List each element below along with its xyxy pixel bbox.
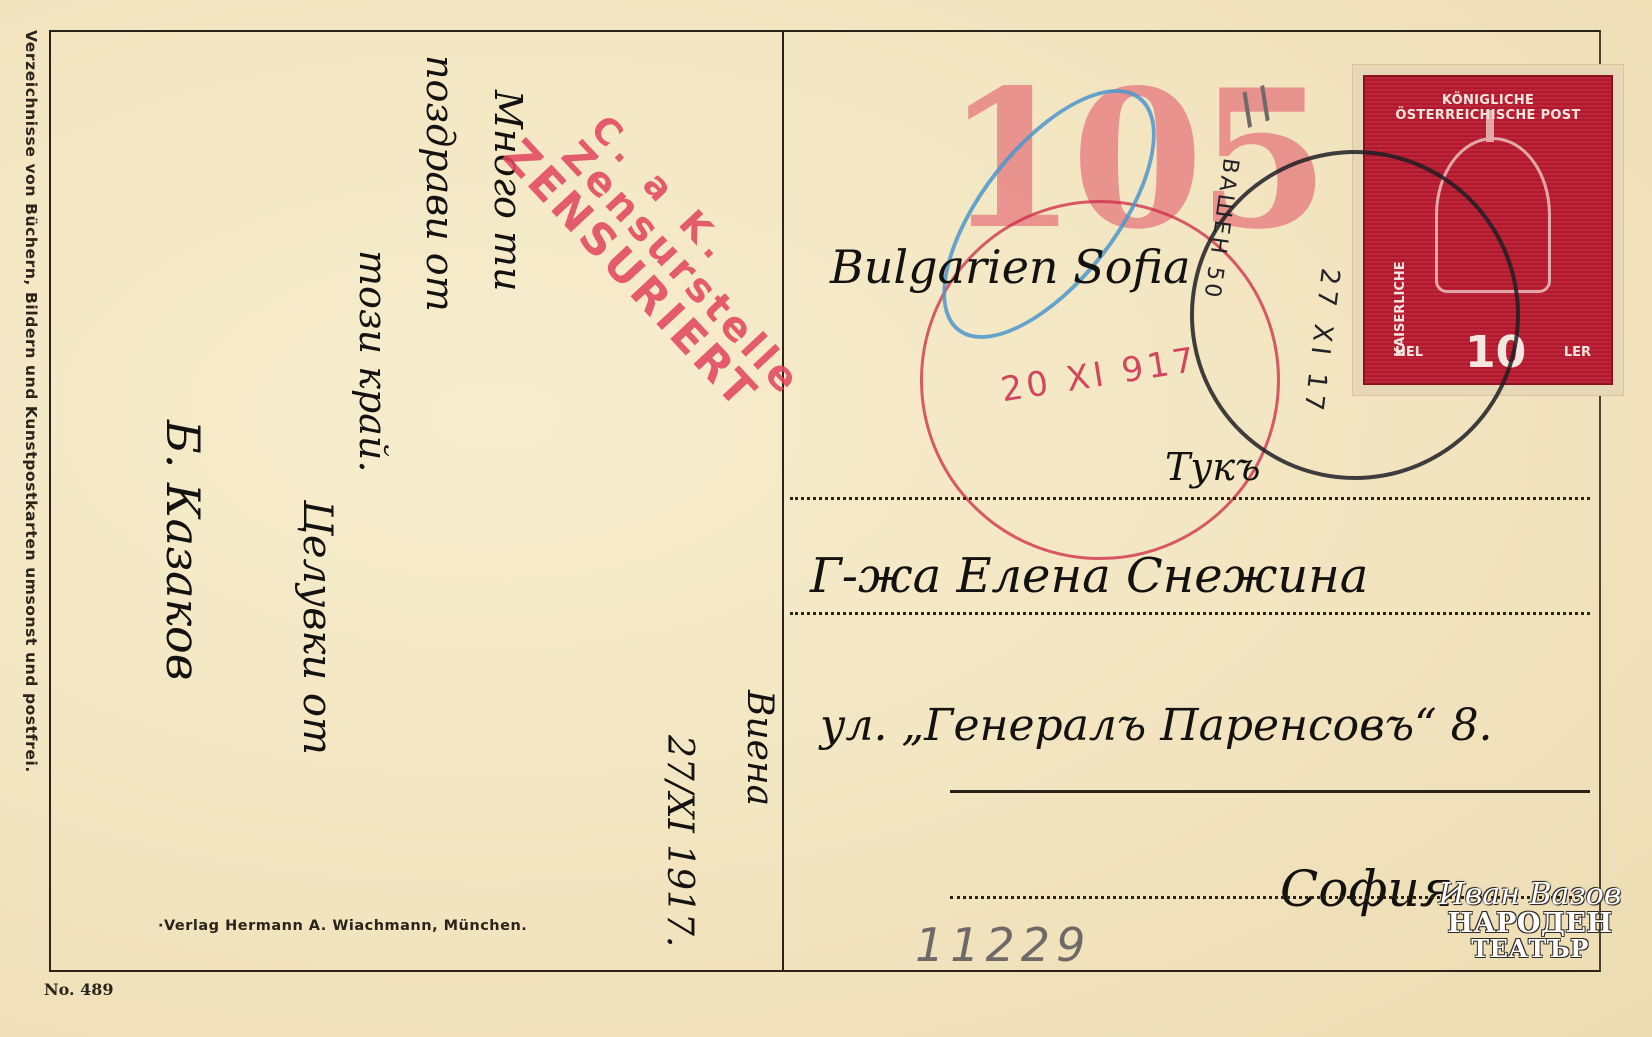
address-rule-3 bbox=[950, 790, 1590, 793]
message-date: 27/XI 1917. bbox=[659, 735, 700, 947]
publisher-side-note: Verzeichnisse von Büchern, Bildern und K… bbox=[18, 30, 44, 970]
card-number: No. 489 bbox=[44, 980, 114, 999]
message-signature: Б. Казаков bbox=[156, 420, 210, 681]
message-line-2: поздрави от bbox=[418, 55, 462, 312]
street-address: ул. „Генералъ Паренсовъ“ 8. bbox=[820, 700, 1493, 751]
city: София bbox=[1280, 860, 1453, 918]
stamp-bottom-right: LER bbox=[1564, 345, 1591, 360]
message-place: Виена bbox=[739, 690, 780, 806]
recipient-name: Г-жа Елена Снежина bbox=[810, 548, 1368, 604]
archive-number: 11229 bbox=[915, 918, 1091, 972]
watermark-script: Иван Вазов bbox=[1430, 880, 1630, 910]
publisher-line: ·Verlag Hermann A. Wiachmann, München. bbox=[158, 918, 527, 934]
address-rule-2 bbox=[790, 612, 1590, 615]
message-line-4: Целувки от bbox=[294, 500, 340, 755]
message-address-divider bbox=[782, 32, 784, 972]
destination: Bulgarien Sofia bbox=[830, 240, 1191, 294]
message-line-3: този край. bbox=[351, 250, 395, 472]
theatre-watermark: Иван Вазов НАРОДЕН ТЕАТЪР bbox=[1430, 880, 1630, 961]
address-rule-1 bbox=[790, 497, 1590, 500]
address-line-1: Тукъ bbox=[1165, 445, 1260, 489]
watermark-line-1: НАРОДЕН bbox=[1430, 910, 1630, 937]
watermark-line-2: ТЕАТЪР bbox=[1430, 937, 1630, 961]
postcard-back: Verzeichnisse von Büchern, Bildern und K… bbox=[0, 0, 1652, 1037]
